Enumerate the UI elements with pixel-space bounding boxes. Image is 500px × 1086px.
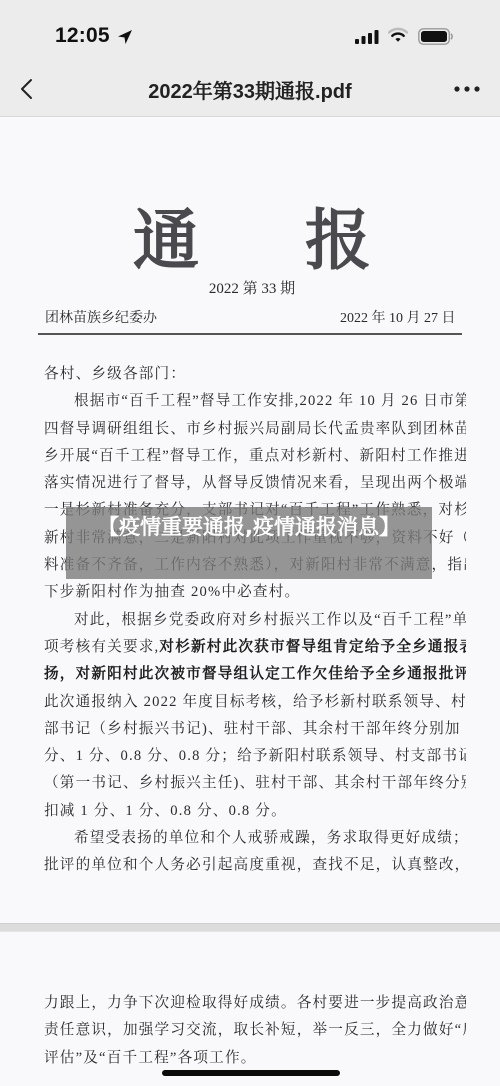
wifi-icon [388,27,408,43]
overlay-caption-text: 【疫情重要通报,疫情通报消息】 [72,513,426,541]
location-arrow-icon [116,28,134,46]
body-line: 分、1 分、0.8 分、0.8 分；给予新阳村联系领导、村支部书记 [44,743,466,770]
nav-bar: 2022年第33期通报.pdf [0,62,500,117]
body-line: 对此，根据乡党委政府对乡村振兴工作以及“百千工程”单 [44,607,466,634]
body-line: 希望受表扬的单位和个人戒骄戒躁，务求取得更好成绩；受 [44,825,466,852]
pdf-viewer[interactable]: 通 报 2022 第 33 期 团林苗族乡纪委办 2022 年 10 月 27 … [0,117,500,1086]
body-line: 四督导调研组组长、市乡村振兴局副局长代孟贵率队到团林苗族 [44,416,466,443]
issuer: 团林苗族乡纪委办 [45,307,157,327]
body-line-bold: 扬，对新阳村此次被市督导组认定工作欠佳给予全乡通报批评。 [44,661,466,688]
salutation: 各村、乡级各部门： [44,361,466,388]
document-body: 各村、乡级各部门： 根据市“百千工程”督导工作安排,2022 年 10 月 26… [44,361,466,880]
header-rule [38,333,462,335]
body-line: 此次通报纳入 2022 年度目标考核，给予杉新村联系领导、村支 [44,689,466,716]
page-separator [0,923,500,932]
document-title: 2022年第33期通报.pdf [0,75,500,104]
status-bar: 12:05 [0,0,500,62]
overlay-caption-banner: 【疫情重要通报,疫情通报消息】 [66,507,432,579]
body-line: 力跟上，力争下次迎检取得好成绩。各村要进一步提高政治意识， [44,990,466,1017]
pdf-page-2: 力跟上，力争下次迎检取得好成绩。各村要进一步提高政治意识， 责任意识，加强学习交… [0,932,500,1086]
doc-heading-right: 报 [305,187,371,282]
body-line: 项考核有关要求,对杉新村此次获市督导组肯定给予全乡通报表 [44,634,466,661]
body-line: 根据市“百千工程”督导工作安排,2022 年 10 月 26 日市第 [44,388,466,415]
body-line: （第一书记、乡村振兴主任)、驻村干部、其余村干部年终分别 [44,770,466,797]
body-line: 乡开展“百千工程”督导工作，重点对杉新村、新阳村工作推进 [44,443,466,470]
body-line: 批评的单位和个人务必引起高度重视，查找不足，认真整改，奋 [44,852,466,879]
body-line: 落实情况进行了督导，从督导反馈情况来看，呈现出两个极端。 [44,470,466,497]
body-segment: 项考核有关要求, [44,639,159,655]
body-line: 评估”及“百千工程”各项工作。 [44,1045,466,1072]
document-body-page-2: 力跟上，力争下次迎检取得好成绩。各村要进一步提高政治意识， 责任意识，加强学习交… [44,990,466,1072]
body-line: 责任意识，加强学习交流，取长补短，举一反三，全力做好“后 [44,1017,466,1044]
cellular-signal-icon [355,30,379,44]
issue-number: 2022 第 33 期 [0,277,500,298]
issue-date: 2022 年 10 月 27 日 [340,307,456,327]
body-line: 下步新阳村作为抽查 20%中必查村。 [44,579,466,606]
more-options-button[interactable] [452,78,482,100]
doc-heading-left: 通 [133,187,199,282]
body-line: 部书记（乡村振兴书记)、驻村干部、其余村干部年终分别加 1 [44,716,466,743]
home-indicator[interactable] [162,1070,340,1076]
body-line: 扣减 1 分、1 分、0.8 分、0.8 分。 [44,798,466,825]
battery-icon [418,28,454,45]
status-time: 12:05 [55,24,110,48]
body-segment-bold: 对杉新村此次获市督导组肯定给予全乡通报表 [159,639,466,655]
